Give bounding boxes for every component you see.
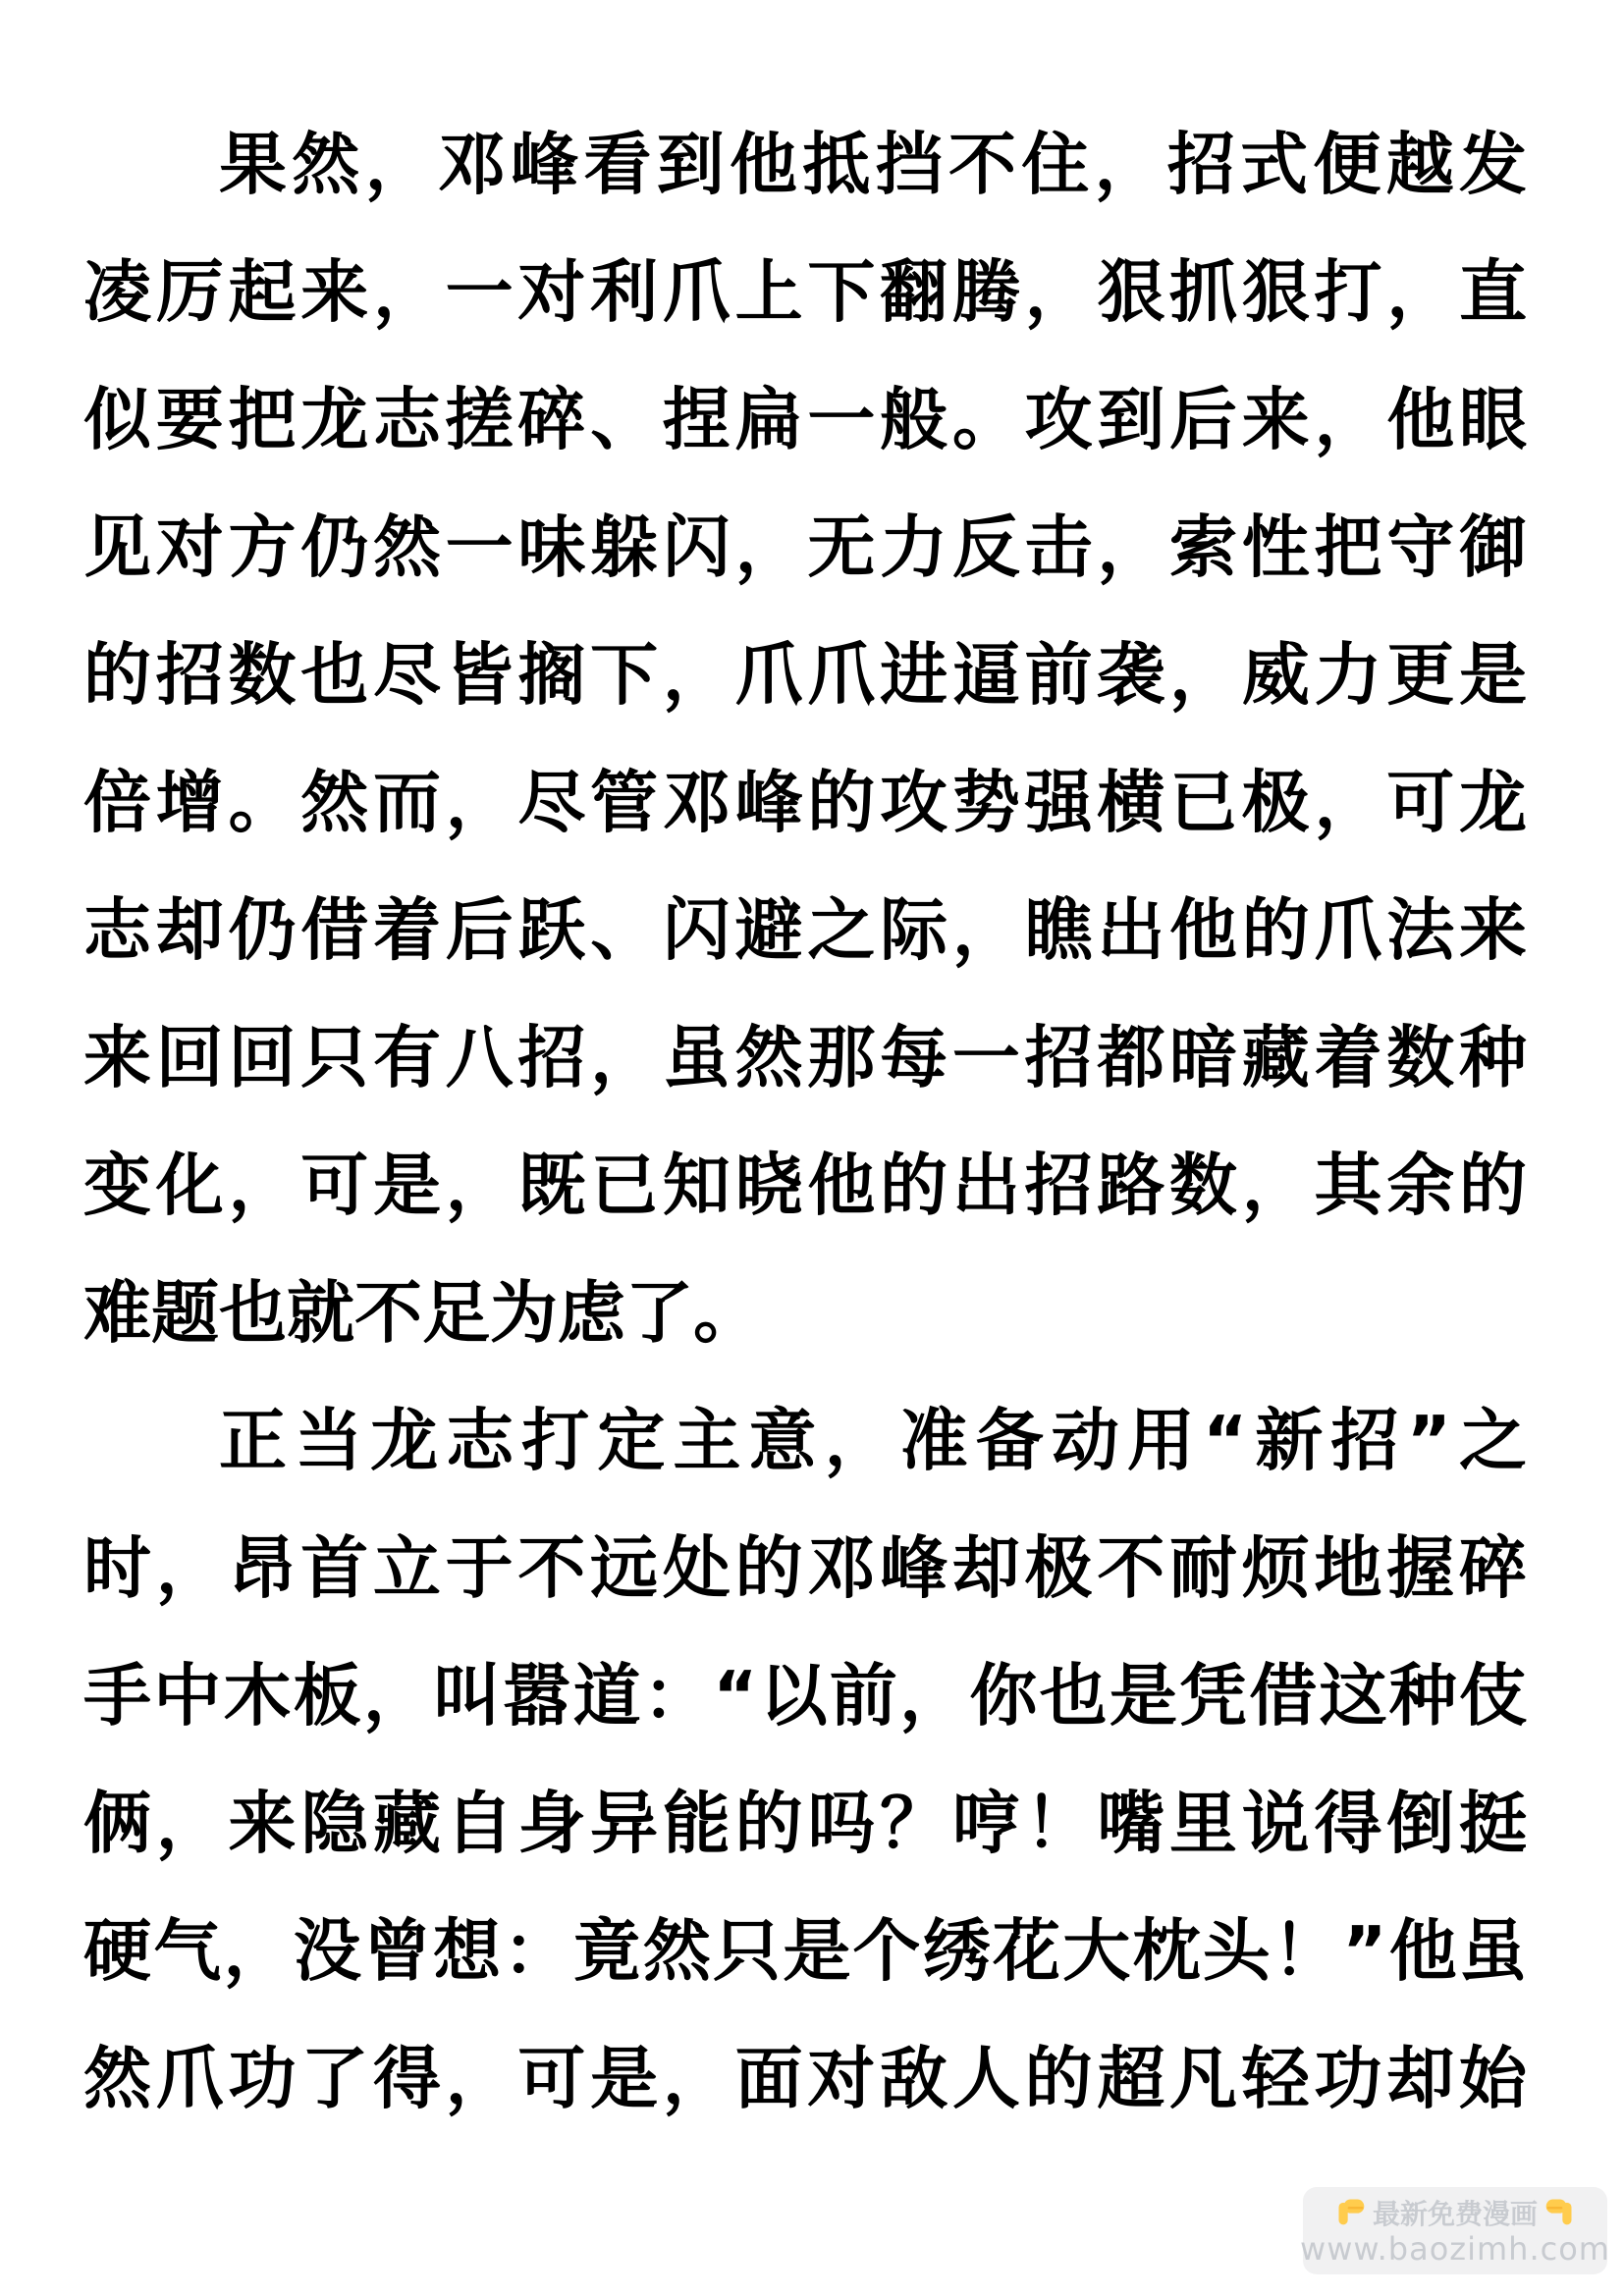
text-line: 手中木板，叫嚣道：“以前，你也是凭借这种伎 [83, 1632, 1527, 1760]
body-text: 果然，邓峰看到他抵挡不住，招式便越发 凌厉起来，一对利爪上下翻腾，狠抓狠打，直 … [83, 101, 1527, 2143]
watermark-title-row: 最新免费漫画 [1336, 2197, 1574, 2231]
watermark-site-url: www.baozimh.com [1300, 2233, 1610, 2265]
text-line: 俩，来隐藏自身异能的吗？哼！嘴里说得倒挺 [83, 1760, 1527, 1888]
pointing-down-hand-icon [1336, 2197, 1366, 2231]
text-line: 见对方仍然一味躲闪，无力反击，索性把守御 [83, 484, 1527, 612]
text-line: 凌厉起来，一对利爪上下翻腾，狠抓狠打，直 [83, 229, 1527, 356]
text-line: 倍增。然而，尽管邓峰的攻势强横已极，可龙 [83, 739, 1527, 867]
watermark-label: 最新免费漫画 [1373, 2201, 1538, 2228]
text-line: 硬气，没曾想：竟然只是个绣花大枕头！”他虽 [83, 1888, 1527, 2015]
site-watermark: 最新免费漫画 www.baozimh.com [1303, 2187, 1607, 2274]
document-page: 果然，邓峰看到他抵挡不住，招式便越发 凌厉起来，一对利爪上下翻腾，狠抓狠打，直 … [0, 0, 1624, 2296]
text-line: 然爪功了得，可是，面对敌人的超凡轻功却始 [83, 2015, 1527, 2143]
pointing-down-hand-icon [1544, 2197, 1574, 2231]
text-line: 难题也就不足为虑了。 [83, 1250, 1527, 1377]
text-line: 似要把龙志搓碎、捏扁一般。攻到后来，他眼 [83, 356, 1527, 484]
text-line: 变化，可是，既已知晓他的出招路数，其余的 [83, 1122, 1527, 1250]
text-line: 果然，邓峰看到他抵挡不住，招式便越发 [83, 101, 1527, 229]
text-line: 志却仍借着后跃、闪避之际，瞧出他的爪法来 [83, 867, 1527, 994]
text-line: 正当龙志打定主意，准备动用“新招”之 [83, 1377, 1527, 1505]
text-line: 时，昂首立于不远处的邓峰却极不耐烦地握碎 [83, 1505, 1527, 1632]
text-line: 来回回只有八招，虽然那每一招都暗藏着数种 [83, 994, 1527, 1122]
text-line: 的招数也尽皆搁下，爪爪进逼前袭，威力更是 [83, 612, 1527, 739]
